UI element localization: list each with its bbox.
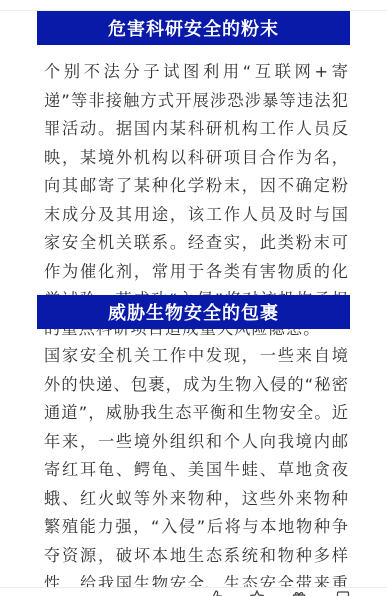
thumbs-up-icon[interactable] bbox=[209, 590, 223, 596]
section-title-banner: 威胁生物安全的包裹 bbox=[37, 295, 350, 329]
comment-icon[interactable] bbox=[336, 590, 350, 596]
star-icon[interactable] bbox=[250, 590, 264, 596]
section-title-banner: 危害科研安全的粉末 bbox=[37, 11, 350, 45]
gift-icon[interactable] bbox=[292, 590, 306, 596]
section-paragraph: 个别不法分子试图利用“互联网+寄递”等非接触方式开展涉恐涉暴等违法犯罪活动。据国… bbox=[44, 58, 349, 276]
section-paragraph: 国家安全机关工作中发现，一些来自境外的快递、包裹，成为生物入侵的“秘密通道”，威… bbox=[44, 342, 349, 587]
section-title: 危害科研安全的粉末 bbox=[108, 15, 279, 41]
top-divider bbox=[0, 0, 387, 11]
bottom-action-bar bbox=[0, 587, 387, 596]
section-title: 威胁生物安全的包裹 bbox=[108, 299, 279, 325]
